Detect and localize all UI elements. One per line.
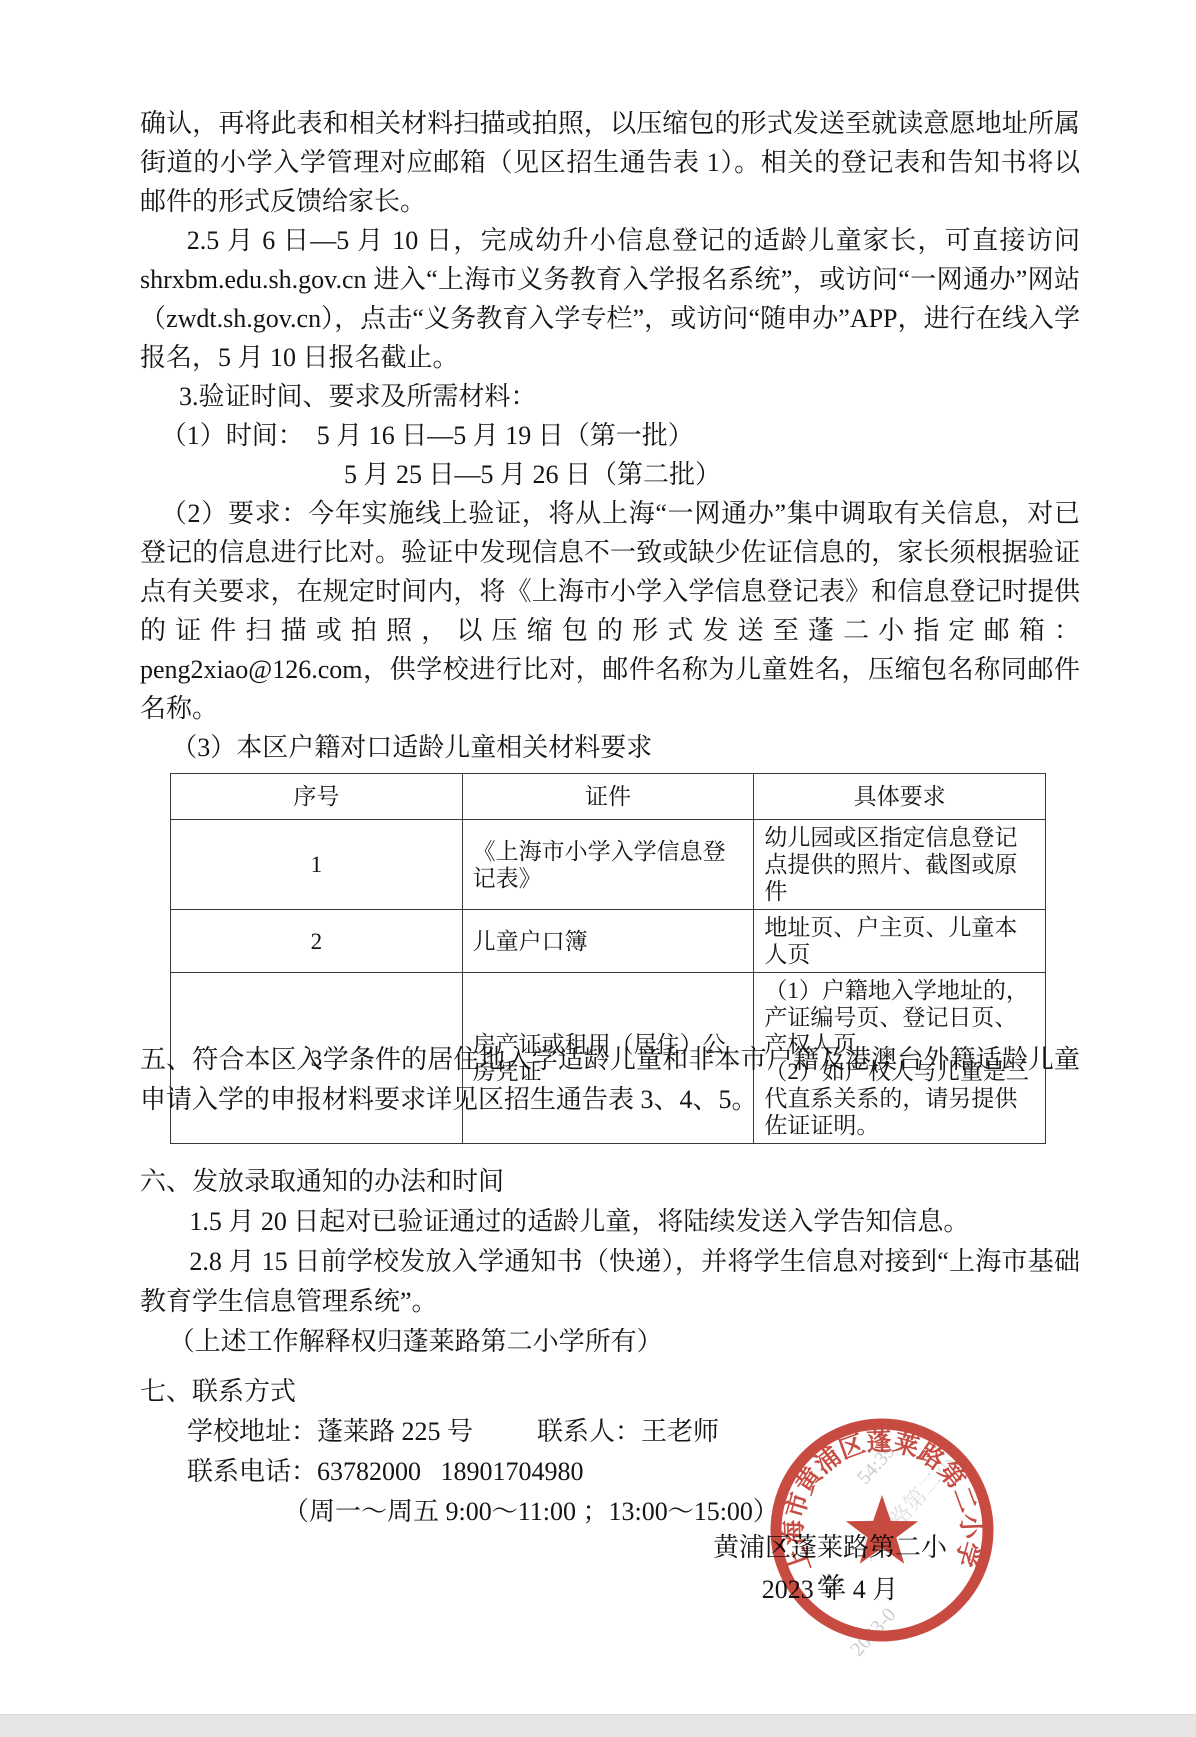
table-header-requirement: 具体要求 <box>754 774 1046 820</box>
row-document: 《上海市小学入学信息登记表》 <box>462 820 754 910</box>
section-6-item-1: 1.5 月 20 日起对已验证通过的适龄儿童，将陆续发送入学告知信息。 <box>140 1202 1080 1242</box>
section-6: 六、发放录取通知的办法和时间 1.5 月 20 日起对已验证通过的适龄儿童，将陆… <box>140 1162 1080 1362</box>
table-header-no: 序号 <box>171 774 463 820</box>
paragraph-confirmation: 确认，再将此表和相关材料扫描或拍照，以压缩包的形式发送至就读意愿地址所属街道的小… <box>140 104 1080 221</box>
table-row: 1 《上海市小学入学信息登记表》 幼儿园或区指定信息登记点提供的照片、截图或原件 <box>171 820 1046 910</box>
section-5: 五、符合本区入学条件的居住地入学适龄儿童和非本市户籍及港澳台外籍适龄儿童申请入学… <box>140 1040 1080 1120</box>
heading-verification-materials: 3.验证时间、要求及所需材料： <box>140 377 1080 416</box>
requirement-line: 地址页、户主页、儿童本人页 <box>764 914 1035 968</box>
section-6-heading: 六、发放录取通知的办法和时间 <box>140 1162 1080 1202</box>
row-number: 2 <box>171 910 463 973</box>
row-document: 儿童户口簿 <box>462 910 754 973</box>
document-body: 确认，再将此表和相关材料扫描或拍照，以压缩包的形式发送至就读意愿地址所属街道的小… <box>140 0 1080 1144</box>
signature-date-line: 2023 年 4 月 <box>702 1570 958 1610</box>
row-number: 1 <box>171 820 463 910</box>
table-header-row: 序号 证件 具体要求 <box>171 774 1046 820</box>
contact-address-row: 学校地址：蓬莱路 225 号联系人：王老师 <box>140 1412 1080 1452</box>
table-header-document: 证件 <box>462 774 754 820</box>
paragraph-verification-requirements: （2）要求：今年实施线上验证，将从上海“一网通办”集中调取有关信息，对已登记的信… <box>140 494 1080 728</box>
requirement-line: 幼儿园或区指定信息登记点提供的照片、截图或原件 <box>764 824 1035 905</box>
verification-time-batch1: （1）时间： 5 月 16 日—5 月 19 日（第一批） <box>140 416 1080 455</box>
table-row: 2 儿童户口簿 地址页、户主页、儿童本人页 <box>171 910 1046 973</box>
scan-bottom-edge <box>0 1714 1196 1737</box>
seal-watermark-date: 2023-0 <box>846 1604 900 1658</box>
section-6-note: （上述工作解释权归蓬莱路第二小学所有） <box>140 1322 1080 1362</box>
contact-person: 联系人：王老师 <box>537 1412 719 1452</box>
section-7-heading: 七、联系方式 <box>140 1372 1080 1412</box>
row-requirement: 幼儿园或区指定信息登记点提供的照片、截图或原件 <box>754 820 1046 910</box>
paragraph-registration-period: 2.5 月 6 日—5 月 10 日，完成幼升小信息登记的适龄儿童家长，可直接访… <box>140 221 1080 377</box>
section-7-contact: 七、联系方式 学校地址：蓬莱路 225 号联系人：王老师 联系电话：637820… <box>140 1372 1080 1532</box>
section-5-paragraph: 五、符合本区入学条件的居住地入学适龄儿童和非本市户籍及港澳台外籍适龄儿童申请入学… <box>140 1040 1080 1120</box>
scanned-document-page: 确认，再将此表和相关材料扫描或拍照，以压缩包的形式发送至就读意愿地址所属街道的小… <box>0 0 1196 1737</box>
contact-phone: 联系电话：63782000 18901704980 <box>140 1452 1080 1492</box>
office-hours: （周一～周五 9:00～11:00 ；13:00～15:00） <box>140 1492 1080 1532</box>
section-6-item-2: 2.8 月 15 日前学校发放入学通知书（快递），并将学生信息对接到“上海市基础… <box>140 1242 1080 1322</box>
school-address: 学校地址：蓬莱路 225 号 <box>187 1412 473 1452</box>
heading-materials-table: （3）本区户籍对口适龄儿童相关材料要求 <box>140 728 1080 767</box>
verification-time-batch2: 5 月 25 日—5 月 26 日（第二批） <box>140 455 1080 494</box>
row-requirement: 地址页、户主页、儿童本人页 <box>754 910 1046 973</box>
